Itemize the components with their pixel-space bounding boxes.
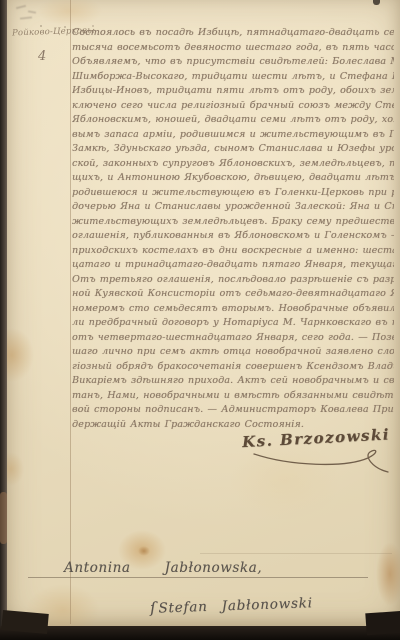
text-line: гіозный обрядъ бракосочетанія совершенъ … <box>72 360 394 375</box>
entry-number: 4 <box>38 49 46 64</box>
text-line: жительствующихъ земледѣльцевъ. Браку сем… <box>72 215 394 230</box>
signature-flourish <box>250 446 400 476</box>
text-line: Викаріемъ здѣшняго прихода. Актъ сей нов… <box>72 374 394 389</box>
text-line: Избицы-Иновъ, тридцати пяти лѣтъ отъ род… <box>72 84 394 99</box>
text-line: ключено сего числа религіозный брачный с… <box>72 99 394 114</box>
text-line: танъ, Нами, новобрачными и вмѣстѣ обязан… <box>72 389 394 404</box>
faint-rule-line <box>200 553 392 554</box>
text-line: родившеюся и жительствующею въ Голенки-Ц… <box>72 186 394 201</box>
text-line: Отъ третьяго оглашенія, послѣдовало разр… <box>72 273 394 288</box>
text-line: шаго лично при семъ актѣ отца новобрачно… <box>72 345 394 360</box>
text-line: ной Куявской Консисторіи отъ седьмаго-де… <box>72 287 394 302</box>
text-line: щихъ, и Антониною Якубовскою, дѣвицею, д… <box>72 171 394 186</box>
text-line: цатаго и тринадцатаго-двадцать пятаго Ян… <box>72 258 394 273</box>
bride-signature: AntoninaJabłonowska, <box>64 560 262 576</box>
page-corner-shadow <box>1 610 49 634</box>
text-line: ли предбрачный договоръ у Нотаріуса М. Ч… <box>72 316 394 331</box>
margin-rule-line <box>70 0 71 624</box>
book-edge-highlight <box>0 492 7 544</box>
text-line: отъ четвертаго-шестнадцатаго Января, сег… <box>72 331 394 346</box>
body-text: Состоялось въ посадѣ Избицѣ, пятнадцатаг… <box>72 26 394 432</box>
book-bottom-edge <box>0 626 400 640</box>
text-line: номеромъ сто семьдесятъ вторымъ. Новобра… <box>72 302 394 317</box>
text-line: тысяча восемьсотъ девяносто шестаго года… <box>72 41 394 56</box>
signature-flourish-glyph: ſ <box>150 599 157 617</box>
book-left-edge <box>0 0 7 640</box>
scanned-page-photo: Ройково-Церковь: 4 Состоялось въ посадѣ … <box>0 0 400 640</box>
text-line: вымъ запаса арміи, родившимся и жительст… <box>72 128 394 143</box>
text-segment: жительствующихъ земледѣльцевъ. Браку сем… <box>72 216 394 227</box>
text-line: дочерью Яна и Станиславы урожденной Зале… <box>72 200 394 215</box>
text-line: Яблоновскимъ, юношей, двадцати семи лѣтъ… <box>72 113 394 128</box>
signature-rule-line <box>28 577 368 578</box>
bride-last-name: Jabłonowska, <box>165 560 263 576</box>
text-line: Шимборжа-Высокаго, тридцати шести лѣтъ, … <box>72 70 394 85</box>
text-line: ской, законныхъ супруговъ Яблоновскихъ, … <box>72 157 394 172</box>
page-corner-shadow <box>365 611 400 636</box>
text-line: приходскихъ костелахъ въ дни воскресные … <box>72 244 394 259</box>
bride-first-name: Antonina <box>64 560 131 576</box>
text-line: оглашенія, публикованныя въ Яблоновскомъ… <box>72 229 394 244</box>
pencil-marks <box>12 4 46 26</box>
text-line: вой стороны подписанъ. — Администраторъ … <box>72 403 394 418</box>
top-right-mark <box>373 0 380 5</box>
text-line: Состоялось въ посадѣ Избицѣ, пятнадцатаг… <box>72 26 394 41</box>
text-line: Объявляемъ, что въ присутствіи свидѣтеле… <box>72 55 394 70</box>
text-line: Замкѣ, Здуньскаго уѣзда, сыномъ Станисла… <box>72 142 394 157</box>
groom-last-name: Jabłonowski <box>221 595 313 614</box>
groom-first-name: Stefan <box>158 599 208 617</box>
